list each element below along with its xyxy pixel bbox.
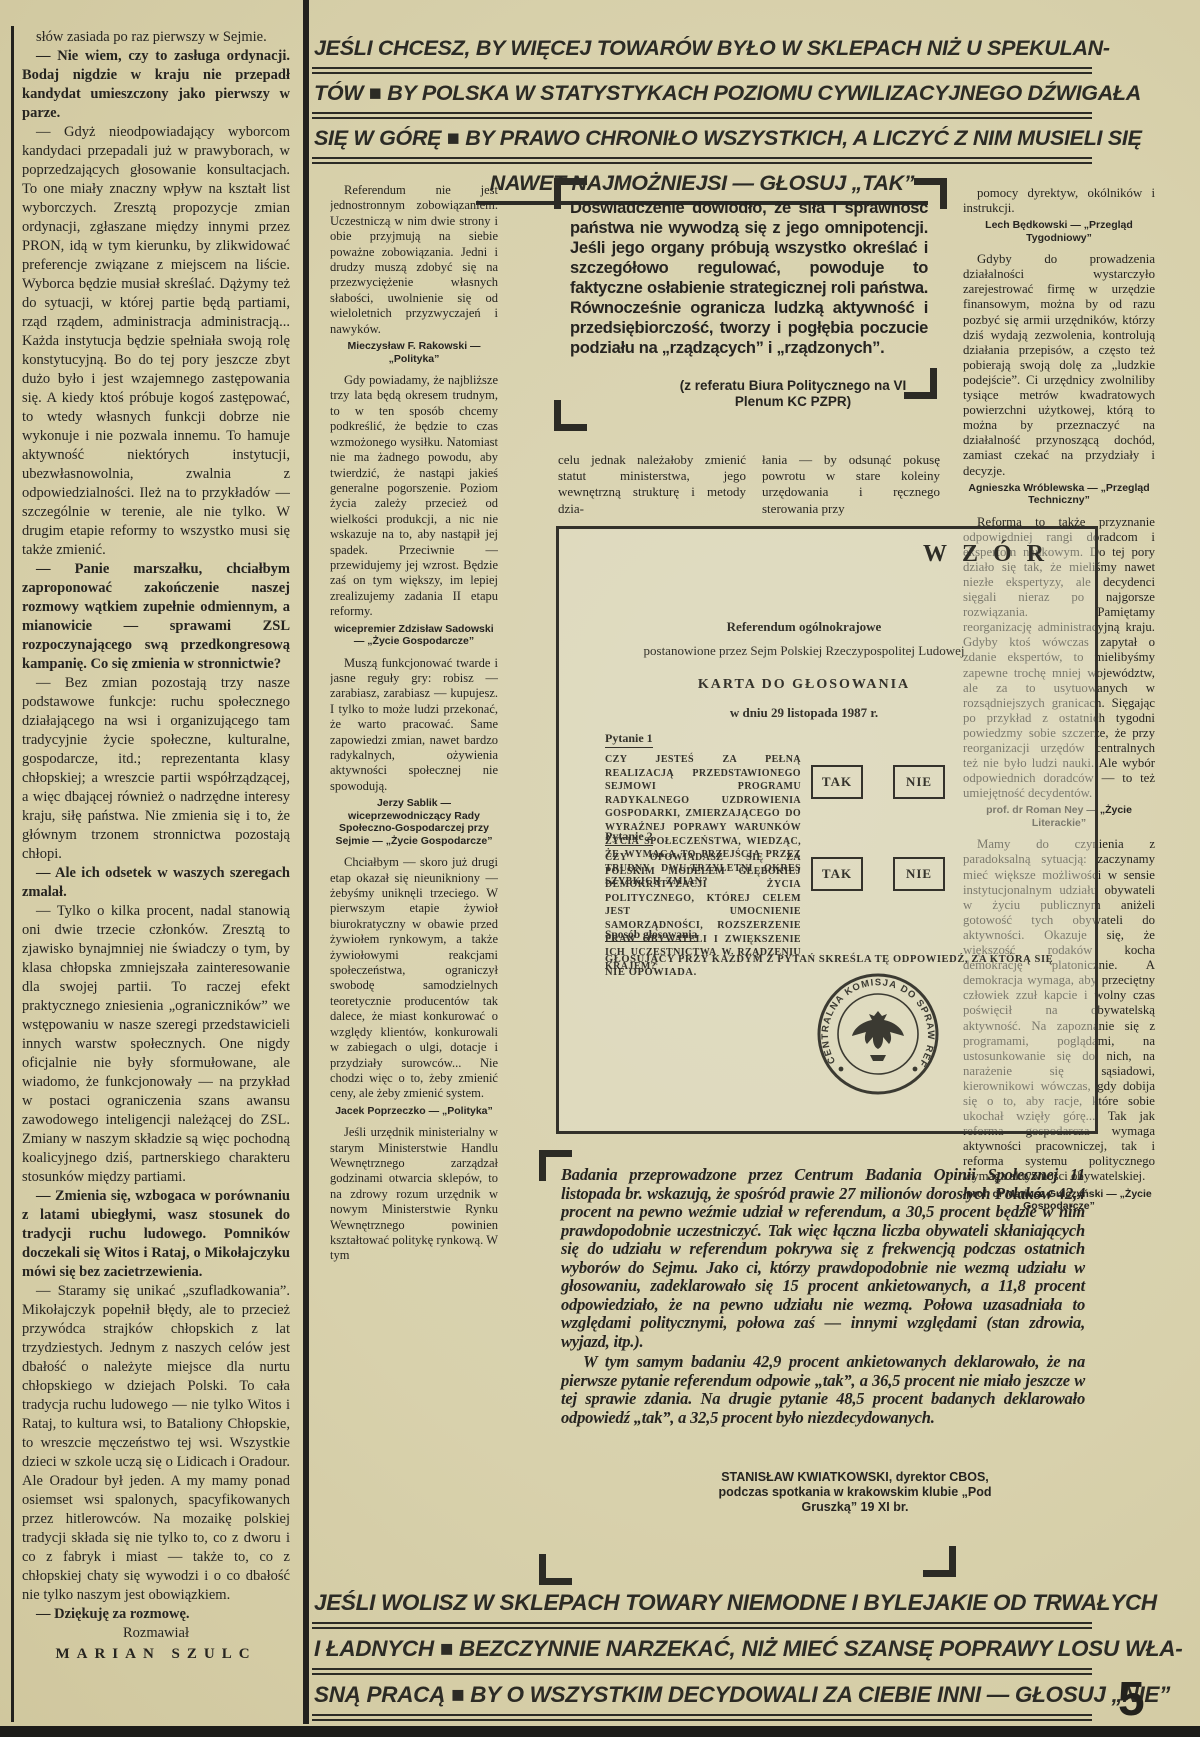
attribution: wicepremier Zdzisław Sadowski — „Życie G… xyxy=(330,623,498,648)
bottom-banner-line: SNĄ PRACĄ ■ BY O WSZYSTKIM DECYDOWALI ZA… xyxy=(312,1682,1092,1721)
question1-label: Pytanie 1 xyxy=(605,731,653,748)
politburo-quote-box: Doświadczenie dowiodło, że siła i sprawn… xyxy=(558,182,943,444)
top-slogan-banner: JEŚLI CHCESZ, BY WIĘCEJ TOWARÓW BYŁO W S… xyxy=(312,36,1092,205)
paragraph: — Zmienia się, wzbogaca w porównaniu z l… xyxy=(22,1187,290,1282)
question1-yes-box: TAK xyxy=(811,765,863,799)
paragraph: — Bez zmian pozostają trzy nasze podstaw… xyxy=(22,674,290,864)
paragraph: Muszą funkcjonować twarde i jasne reguły… xyxy=(330,656,498,795)
cbos-survey-box: Badania przeprowadzone przez Centrum Bad… xyxy=(545,1152,1097,1588)
question1-no-box: NIE xyxy=(893,765,945,799)
paragraph: — Staramy się unikać „szufladkowania”. M… xyxy=(22,1282,290,1605)
attribution: Jerzy Sablik — wiceprzewodniczący Rady S… xyxy=(330,797,498,847)
bracket-bottom-left xyxy=(539,1554,572,1585)
voting-method-label: Sposób głosowania xyxy=(605,929,697,942)
paragraph: — Dziękuję za rozmowę. xyxy=(22,1605,290,1624)
cbos-paragraph: Badania przeprowadzone przez Centrum Bad… xyxy=(561,1166,1085,1351)
politburo-quote-attribution: (z referatu Biura Politycznego na VI Ple… xyxy=(663,378,923,410)
paragraph: — Gdyż nieodpowiadający wyborcom kandyda… xyxy=(22,123,290,560)
referendum-commission-stamp: CENTRALNA KOMISJA DO SPRAW REFERENDUM xyxy=(815,971,941,1097)
attribution: Jacek Poprzeczko — „Polityka” xyxy=(330,1105,498,1118)
page-number: 5 xyxy=(1118,1672,1145,1727)
paragraph: MARIAN SZULC xyxy=(22,1645,290,1664)
paragraph: — Ale ich odsetek w waszych szeregach zm… xyxy=(22,864,290,902)
cbos-attribution: STANISŁAW KWIATKOWSKI, dyrektor CBOS, po… xyxy=(705,1470,1005,1515)
paragraph: Gdy powiadamy, że najbliższe trzy lata b… xyxy=(330,373,498,620)
bracket-bottom-right xyxy=(923,1546,956,1577)
bottom-banner-line: I ŁADNYCH ■ BEZCZYNNIE NARZEKAĆ, NIŻ MIE… xyxy=(312,1636,1092,1675)
paragraph: Rozmawiał xyxy=(22,1624,290,1643)
top-banner-line: JEŚLI CHCESZ, BY WIĘCEJ TOWARÓW BYŁO W S… xyxy=(312,36,1092,74)
quotes-column-left: Referendum nie jest jednostronnym zobowi… xyxy=(330,183,498,1575)
specimen-label: WZÓR xyxy=(923,541,1059,568)
paragraph: Gdyby do prowadzenia działalności wystar… xyxy=(963,252,1155,478)
ballot-specimen-box: WZÓR Referendum ogólnokrajowe postanowio… xyxy=(556,526,1098,1134)
column-divider-rule xyxy=(303,0,309,1724)
text-fragment: celu jednak należałoby zmienić statut mi… xyxy=(558,452,746,517)
question2-yes-box: TAK xyxy=(811,857,863,891)
attribution: Mieczysław F. Rakowski — „Polityka” xyxy=(330,340,498,365)
question2-label: Pytanie 2 xyxy=(605,829,653,846)
ballot-title: KARTA DO GŁOSOWANIA xyxy=(589,677,1019,693)
paragraph: Jeśli urzędnik ministerialny w starym Mi… xyxy=(330,1125,498,1264)
top-banner-line: TÓW ■ BY POLSKA W STATYSTYKACH POZIOMU C… xyxy=(312,81,1092,119)
paragraph: słów zasiada po raz pierwszy w Sejmie. xyxy=(22,28,290,47)
top-banner-line: SIĘ W GÓRĘ ■ BY PRAWO CHRONIŁO WSZYSTKIC… xyxy=(312,126,1092,164)
paragraph: — Tylko o kilka procent, nadal stanowią … xyxy=(22,902,290,1187)
newspaper-page: słów zasiada po raz pierwszy w Sejmie.— … xyxy=(0,0,1200,1737)
ballot-header: Referendum ogólnokrajowe xyxy=(589,619,1019,635)
paragraph: — Panie marszałku, chciałbym zaproponowa… xyxy=(22,560,290,674)
paragraph: pomocy dyrektyw, okólników i instrukcji. xyxy=(963,186,1155,216)
politburo-quote-text: Doświadczenie dowiodło, że siła i sprawn… xyxy=(570,198,928,358)
attribution: Agnieszka Wróblewska — „Przegląd Technic… xyxy=(963,482,1155,507)
bottom-slogan-banner: JEŚLI WOLISZ W SKLEPACH TOWARY NIEMODNE … xyxy=(312,1590,1092,1728)
text-fragment: łania — by odsunąć pokusę powrotu w star… xyxy=(762,452,940,517)
interview-column: słów zasiada po raz pierwszy w Sejmie.— … xyxy=(22,28,290,1690)
ballot-subheader: postanowione przez Sejm Polskiej Rzeczyp… xyxy=(589,643,1019,659)
stamp-eagle-icon: CENTRALNA KOMISJA DO SPRAW REFERENDUM xyxy=(815,971,941,1097)
paragraph: — Nie wiem, czy to zasługa ordynacji. Bo… xyxy=(22,47,290,123)
paragraph: Chciałbym — skoro już drugi etap okazał … xyxy=(330,855,498,1102)
question2-no-box: NIE xyxy=(893,857,945,891)
bottom-banner-line: JEŚLI WOLISZ W SKLEPACH TOWARY NIEMODNE … xyxy=(312,1590,1092,1629)
cbos-survey-text: Badania przeprowadzone przez Centrum Bad… xyxy=(561,1166,1085,1427)
cbos-paragraph: W tym samym badaniu 42,9 procent ankieto… xyxy=(561,1353,1085,1427)
bracket-bottom-left xyxy=(554,400,587,431)
ballot-date: w dniu 29 listopada 1987 r. xyxy=(589,705,1019,721)
paragraph: Referendum nie jest jednostronnym zobowi… xyxy=(330,183,498,337)
attribution: Lech Będkowski — „Przegląd Tygodniowy” xyxy=(963,219,1155,244)
left-edge-rule xyxy=(11,26,14,1722)
